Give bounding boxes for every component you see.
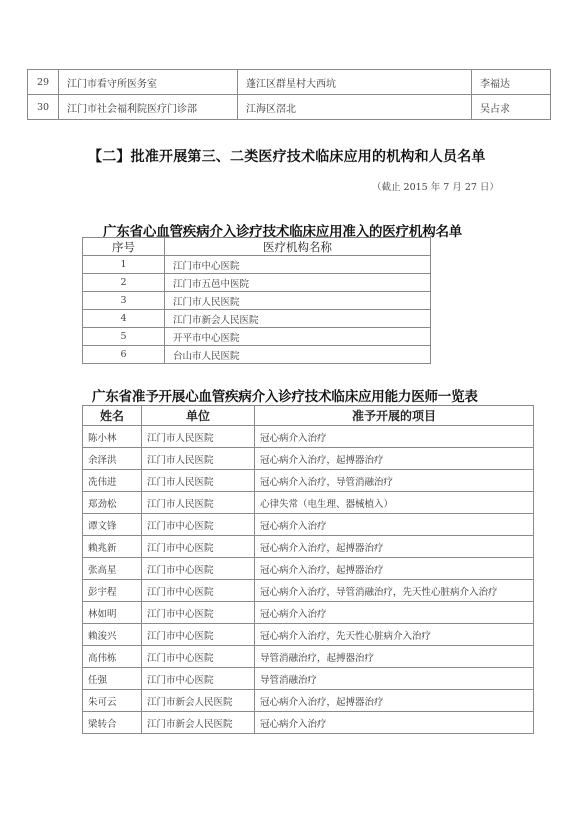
table-row: 4江门市新会人民医院: [83, 310, 431, 328]
approved-items: 冠心病介入治疗: [255, 514, 534, 536]
table-row: 陈小林江门市人民医院冠心病介入治疗: [83, 426, 534, 448]
row-number: 6: [83, 346, 165, 364]
person-name: 李福达: [472, 70, 551, 95]
physician-name: 赖浚兴: [83, 624, 142, 646]
physician-name: 高伟栋: [83, 646, 142, 668]
table-row: 2江门市五邑中医院: [83, 274, 431, 292]
row-number: 2: [83, 274, 165, 292]
row-number: 5: [83, 328, 165, 346]
physician-unit: 江门市中心医院: [142, 624, 255, 646]
person-name: 吴占求: [472, 95, 551, 120]
approved-items: 冠心病介入治疗，起搏器治疗: [255, 690, 534, 712]
table-row: 高伟栋江门市中心医院导管消融治疗，起搏器治疗: [83, 646, 534, 668]
row-number: 29: [28, 70, 59, 95]
approved-items: 冠心病介入治疗，起搏器治疗: [255, 558, 534, 580]
physician-unit: 江门市中心医院: [142, 536, 255, 558]
physician-name: 冼伟进: [83, 470, 142, 492]
approved-items: 冠心病介入治疗: [255, 602, 534, 624]
physician-unit: 江门市中心医院: [142, 580, 255, 602]
table-row: 6台山市人民医院: [83, 346, 431, 364]
cutoff-date-note: （截止 2015 年 7 月 27 日）: [372, 179, 499, 193]
approved-items: 冠心病介入治疗，导管消融治疗: [255, 470, 534, 492]
institution-name: 江门市社会福利院医疗门诊部: [59, 95, 238, 120]
physician-unit: 江门市中心医院: [142, 602, 255, 624]
approved-items: 冠心病介入治疗: [255, 712, 534, 734]
row-number: 30: [28, 95, 59, 120]
institution-name: 台山市人民医院: [165, 346, 431, 364]
institutions-table: 序号 医疗机构名称 1江门市中心医院 2江门市五邑中医院 3江门市人民医院 4江…: [82, 237, 431, 364]
table-header-row: 姓名 单位 准予开展的项目: [83, 406, 534, 426]
physician-name: 郑劲松: [83, 492, 142, 514]
row-number: 3: [83, 292, 165, 310]
table-row: 任强江门市中心医院导管消融治疗: [83, 668, 534, 690]
physicians-table-title: 广东省准予开展心血管疾病介入诊疗技术临床应用能力医师一览表: [92, 385, 478, 405]
table-row: 赖浚兴江门市中心医院冠心病介入治疗，先天性心脏病介入治疗: [83, 624, 534, 646]
table-row: 梁转合江门市新会人民医院冠心病介入治疗: [83, 712, 534, 734]
physician-name: 任强: [83, 668, 142, 690]
physician-name: 余泽洪: [83, 448, 142, 470]
table-row: 余泽洪江门市人民医院冠心病介入治疗，起搏器治疗: [83, 448, 534, 470]
header-no: 序号: [83, 238, 165, 256]
row-number: 4: [83, 310, 165, 328]
physician-unit: 江门市新会人民医院: [142, 690, 255, 712]
approved-items: 冠心病介入治疗，先天性心脏病介入治疗: [255, 624, 534, 646]
institution-name: 江门市看守所医务室: [59, 70, 238, 95]
table-row: 赖兆新江门市中心医院冠心病介入治疗，起搏器治疗: [83, 536, 534, 558]
physician-unit: 江门市新会人民医院: [142, 712, 255, 734]
approved-items: 导管消融治疗，起搏器治疗: [255, 646, 534, 668]
table-row: 3江门市人民医院: [83, 292, 431, 310]
table-row: 1江门市中心医院: [83, 256, 431, 274]
physician-name: 陈小林: [83, 426, 142, 448]
approved-items: 心律失常（电生理、器械植入）: [255, 492, 534, 514]
table-row: 冼伟进江门市人民医院冠心病介入治疗，导管消融治疗: [83, 470, 534, 492]
physician-name: 梁转合: [83, 712, 142, 734]
physician-unit: 江门市中心医院: [142, 558, 255, 580]
physician-name: 朱可云: [83, 690, 142, 712]
physician-unit: 江门市中心医院: [142, 668, 255, 690]
approved-items: 冠心病介入治疗，导管消融治疗，先天性心脏病介入治疗: [255, 580, 534, 602]
physician-name: 赖兆新: [83, 536, 142, 558]
institution-name: 江门市中心医院: [165, 256, 431, 274]
institution-name: 江门市人民医院: [165, 292, 431, 310]
table-row: 谭文锋江门市中心医院冠心病介入治疗: [83, 514, 534, 536]
table-row: 张高星江门市中心医院冠心病介入治疗，起搏器治疗: [83, 558, 534, 580]
row-number: 1: [83, 256, 165, 274]
institution-name: 江门市新会人民医院: [165, 310, 431, 328]
table-header-row: 序号 医疗机构名称: [83, 238, 431, 256]
address: 蓬江区群星村大西坑: [238, 70, 472, 95]
section-heading: 【二】批准开展第三、二类医疗技术临床应用的机构和人员名单: [88, 146, 486, 166]
approved-items: 冠心病介入治疗: [255, 426, 534, 448]
physician-name: 谭文锋: [83, 514, 142, 536]
physician-unit: 江门市中心医院: [142, 646, 255, 668]
physician-unit: 江门市中心医院: [142, 514, 255, 536]
table-row: 朱可云江门市新会人民医院冠心病介入治疗，起搏器治疗: [83, 690, 534, 712]
table-row: 林如明江门市中心医院冠心病介入治疗: [83, 602, 534, 624]
physician-unit: 江门市人民医院: [142, 426, 255, 448]
physician-unit: 江门市人民医院: [142, 492, 255, 514]
physician-unit: 江门市人民医院: [142, 448, 255, 470]
table-row: 彭宇程江门市中心医院冠心病介入治疗，导管消融治疗，先天性心脏病介入治疗: [83, 580, 534, 602]
institution-name: 江门市五邑中医院: [165, 274, 431, 292]
header-approved-items: 准予开展的项目: [255, 406, 534, 426]
header-name: 姓名: [83, 406, 142, 426]
institution-name: 开平市中心医院: [165, 328, 431, 346]
header-unit: 单位: [142, 406, 255, 426]
address: 江海区滘北: [238, 95, 472, 120]
physician-name: 林如明: [83, 602, 142, 624]
physician-name: 张高星: [83, 558, 142, 580]
table-row: 29 江门市看守所医务室 蓬江区群星村大西坑 李福达: [28, 70, 551, 95]
header-institution-name: 医疗机构名称: [165, 238, 431, 256]
table-row: 30 江门市社会福利院医疗门诊部 江海区滘北 吴占求: [28, 95, 551, 120]
table-row: 5开平市中心医院: [83, 328, 431, 346]
approved-items: 导管消融治疗: [255, 668, 534, 690]
physician-name: 彭宇程: [83, 580, 142, 602]
approved-items: 冠心病介入治疗，起搏器治疗: [255, 448, 534, 470]
continued-institution-table: 29 江门市看守所医务室 蓬江区群星村大西坑 李福达 30 江门市社会福利院医疗…: [27, 69, 551, 120]
physicians-table: 姓名 单位 准予开展的项目 陈小林江门市人民医院冠心病介入治疗 余泽洪江门市人民…: [82, 405, 534, 734]
approved-items: 冠心病介入治疗，起搏器治疗: [255, 536, 534, 558]
physician-unit: 江门市人民医院: [142, 470, 255, 492]
table-row: 郑劲松江门市人民医院心律失常（电生理、器械植入）: [83, 492, 534, 514]
